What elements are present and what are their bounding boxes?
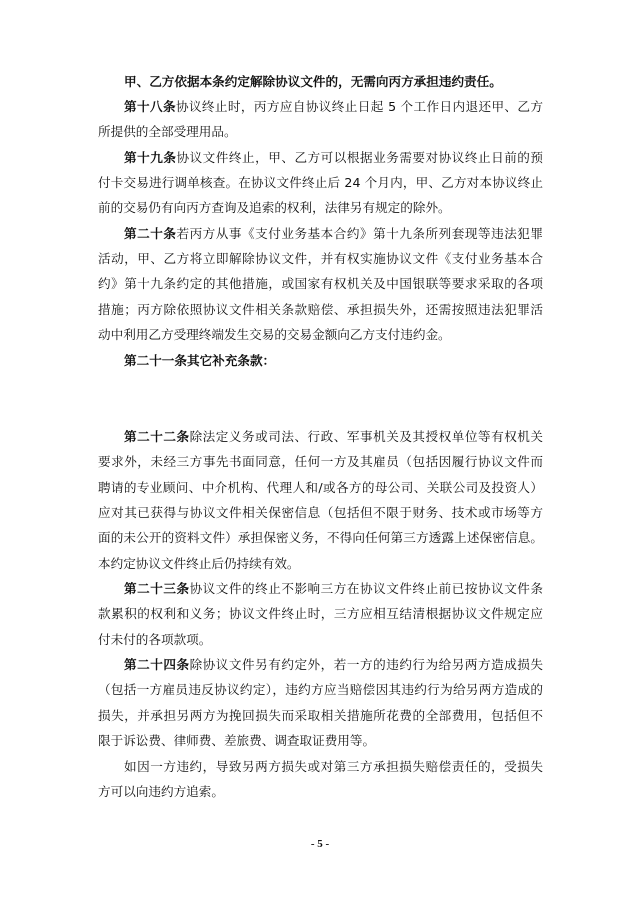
article-20-line: 活动，甲、乙方将立即解除协议文件，并有权实施协议文件《支付业务基本合	[98, 249, 543, 269]
body-text: 活动，甲、乙方将立即解除协议文件，并有权实施协议文件《支付业务基本合	[98, 251, 543, 266]
body-text: 损失，并承担另两方为挽回损失而采取相关措施所花费的全部费用，包括但不	[98, 708, 543, 723]
document-page: 甲、乙方依据本条约定解除协议文件的，无需向丙方承担违约责任。 第十八条协议终止时…	[0, 0, 640, 905]
page-number: - 5 -	[0, 838, 640, 850]
body-text: （包括一方雇员违反协议约定），违约方应当赔偿因其违约行为给另两方造成的	[98, 682, 543, 697]
article-20-line: 第二十条若丙方从事《支付业务基本合约》第十九条所列套现等违法犯罪	[124, 224, 543, 244]
article-20-line: 动中利用乙方受理终端发生交易的交易金额向乙方支付违约金。	[98, 325, 543, 345]
body-text: 除协议文件另有约定外，若一方的违约行为给另两方造成损失	[190, 657, 543, 672]
article-24-line: 损失，并承担另两方为挽回损失而采取相关措施所花费的全部费用，包括但不	[98, 706, 543, 726]
body-text: 款累积的权利和义务；协议文件终止时，三方应相互结清根据协议文件规定应	[98, 606, 543, 621]
article-24-line: 限于诉讼费、律师费、差旅费、调查取证费用等。	[98, 731, 543, 751]
article-24-line: 第二十四条除协议文件另有约定外，若一方的违约行为给另两方造成损失	[124, 655, 543, 675]
bold-text: 甲、乙方依据本条约定解除协议文件的，无需向丙方承担违约责任。	[124, 74, 502, 89]
body-text: 协议文件的终止不影响三方在协议文件终止前已按协议文件条	[190, 581, 543, 596]
body-text: 限于诉讼费、律师费、差旅费、调查取证费用等。	[98, 733, 375, 748]
article-heading: 第十八条	[124, 99, 176, 114]
body-text: 聘请的专业顾问、中介机构、代理人和/或各方的母公司、关联公司及投资人）	[98, 480, 543, 495]
body-text: 如因一方违约，导致另两方损失或对第三方承担损失赔偿责任的，受损失	[124, 759, 543, 774]
article-22-line: 第二十二条除法定义务或司法、行政、军事机关及其授权单位等有权机关	[124, 427, 543, 447]
body-text: 除法定义务或司法、行政、军事机关及其授权单位等有权机关	[190, 429, 543, 444]
article-20-line: 约》第十九条约定的其他措施，或国家有权机关及中国银联等要求采取的各项	[98, 274, 543, 294]
article-24-line: （包括一方雇员违反协议约定），违约方应当赔偿因其违约行为给另两方造成的	[98, 680, 543, 700]
article-18-line: 第十八条协议终止时，丙方应自协议终止日起 5 个工作日内退还甲、乙方	[124, 97, 543, 117]
body-text: 协议文件终止，甲、乙方可以根据业务需要对协议终止日前的预	[176, 150, 543, 165]
article-23-line: 款累积的权利和义务；协议文件终止时，三方应相互结清根据协议文件规定应	[98, 604, 543, 624]
body-text: 措施；丙方除依照协议文件相关条款赔偿、承担损失外，还需按照违法犯罪活	[98, 302, 543, 317]
article-20-line: 措施；丙方除依照协议文件相关条款赔偿、承担损失外，还需按照违法犯罪活	[98, 300, 543, 320]
body-text: 面的未公开的资料文件）承担保密义务，不得向任何第三方透露上述保密信息。	[98, 530, 543, 545]
body-text: 应对其已获得与协议文件相关保密信息（包括但不限于财务、技术或市场等方	[98, 505, 543, 520]
paragraph-line: 甲、乙方依据本条约定解除协议文件的，无需向丙方承担违约责任。	[124, 72, 543, 92]
article-heading: 第二十二条	[124, 429, 190, 444]
paragraph-line: 方可以向违约方追索。	[98, 782, 543, 802]
article-22-line: 面的未公开的资料文件）承担保密义务，不得向任何第三方透露上述保密信息。	[98, 528, 543, 548]
body-text: 要求外，未经三方事先书面同意，任何一方及其雇员（包括因履行协议文件而	[98, 454, 543, 469]
body-text: 本约定协议文件终止后仍持续有效。	[98, 556, 300, 571]
article-22-line: 聘请的专业顾问、中介机构、代理人和/或各方的母公司、关联公司及投资人）	[98, 478, 543, 498]
article-heading: 第二十四条	[124, 657, 190, 672]
body-text: 前的交易仍有向丙方查询及追索的权利，法律另有规定的除外。	[98, 200, 451, 215]
paragraph-line: 如因一方违约，导致另两方损失或对第三方承担损失赔偿责任的，受损失	[124, 757, 543, 777]
body-text: 约》第十九条约定的其他措施，或国家有权机关及中国银联等要求采取的各项	[98, 276, 543, 291]
article-heading: 第十九条	[124, 150, 176, 165]
article-21-line: 第二十一条其它补充条款：	[124, 351, 543, 371]
article-23-line: 付未付的各项款项。	[98, 630, 543, 650]
article-18-line: 所提供的全部受理用品。	[98, 122, 543, 142]
body-text: 付未付的各项款项。	[98, 632, 211, 647]
body-text: 方可以向违约方追索。	[98, 784, 224, 799]
article-heading: 第二十条	[124, 226, 176, 241]
article-22-line: 应对其已获得与协议文件相关保密信息（包括但不限于财务、技术或市场等方	[98, 503, 543, 523]
body-text: 协议终止时，丙方应自协议终止日起 5 个工作日内退还甲、乙方	[176, 99, 543, 114]
article-heading: 第二十三条	[124, 581, 190, 596]
article-23-line: 第二十三条协议文件的终止不影响三方在协议文件终止前已按协议文件条	[124, 579, 543, 599]
article-heading: 第二十一条其它补充条款：	[124, 353, 275, 368]
article-19-line: 第十九条协议文件终止，甲、乙方可以根据业务需要对协议终止日前的预	[124, 148, 543, 168]
body-text: 所提供的全部受理用品。	[98, 124, 237, 139]
body-text: 付卡交易进行调单核查。在协议文件终止后 24 个月内，甲、乙方对本协议终止	[98, 175, 543, 190]
article-19-line: 前的交易仍有向丙方查询及追索的权利，法律另有规定的除外。	[98, 198, 543, 218]
article-22-line: 本约定协议文件终止后仍持续有效。	[98, 554, 543, 574]
article-22-line: 要求外，未经三方事先书面同意，任何一方及其雇员（包括因履行协议文件而	[98, 452, 543, 472]
article-19-line: 付卡交易进行调单核查。在协议文件终止后 24 个月内，甲、乙方对本协议终止	[98, 173, 543, 193]
body-text: 若丙方从事《支付业务基本合约》第十九条所列套现等违法犯罪	[176, 226, 543, 241]
body-text: 动中利用乙方受理终端发生交易的交易金额向乙方支付违约金。	[98, 327, 451, 342]
